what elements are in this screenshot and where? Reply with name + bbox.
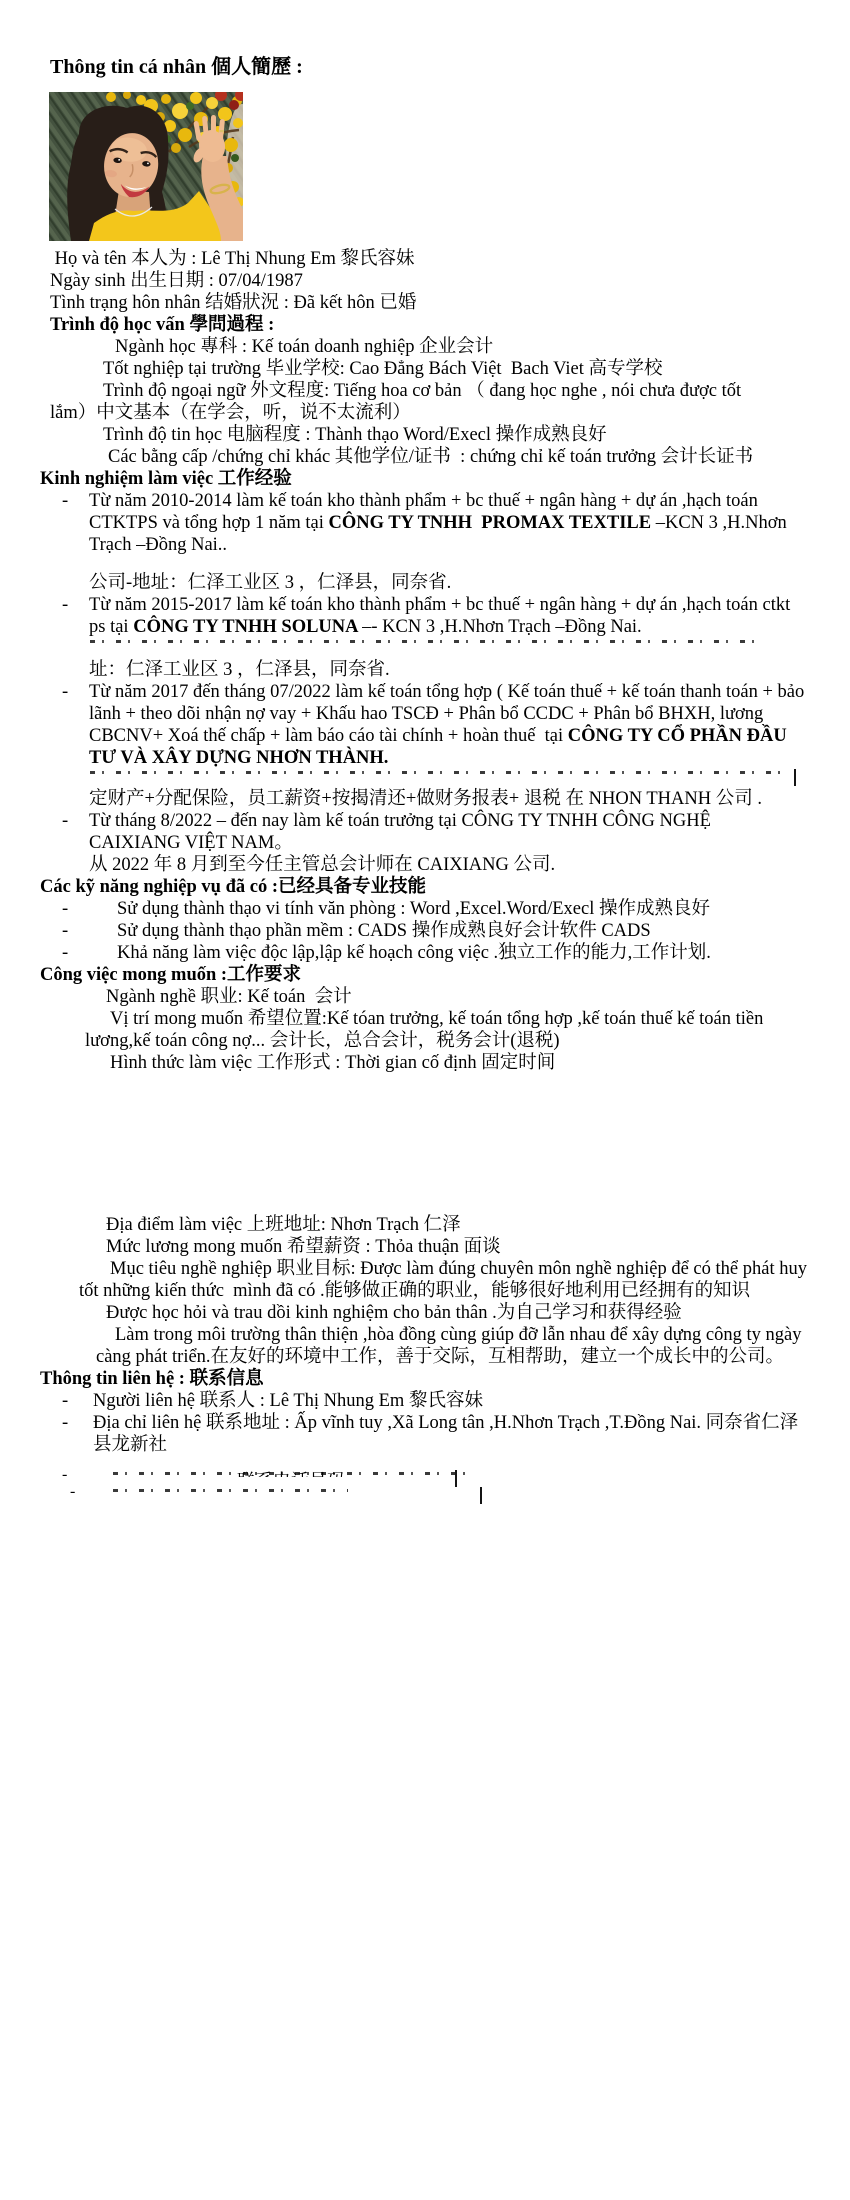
text-run: Địa chỉ liên hệ 联系地址 : Ấp vĩnh tuy ,Xã L… xyxy=(93,1413,798,1433)
text-run: Họ và tên 本人为 : Lê Thị Nhung Em 黎氏容妹 xyxy=(50,249,414,269)
line-foreign-language-1: Trình độ ngoại ngữ 外文程度: Tiếng hoa cơ bả… xyxy=(0,380,850,402)
line-certificates: Các bằng cấp /chứng chỉ khác 其他学位/证书 : c… xyxy=(0,446,850,468)
line-full-name: Họ và tên 本人为 : Lê Thị Nhung Em 黎氏容妹 xyxy=(0,248,850,270)
line-environment-1: Làm trong môi trường thân thiện ,hòa đồn… xyxy=(0,1324,850,1346)
line-school: Tốt nghiệp tại trường 毕业学校: Cao Đẳng Bác… xyxy=(0,358,850,380)
text-run: tốt những kiến thức mình đã có .能够做正确的职业… xyxy=(79,1281,750,1301)
text-run: Từ năm 2017 đến tháng 07/2022 làm kế toá… xyxy=(89,682,804,702)
text-run: càng phát triển.在友好的环境中工作，善于交际，互相帮助，建立一个… xyxy=(96,1347,784,1367)
text-run-bold: Kinh nghiệm làm việc 工作经验 xyxy=(40,469,292,489)
bullet-dash: - xyxy=(62,490,68,512)
blank-space xyxy=(0,1456,850,1470)
section-skills: Các kỹ năng nghiệp vụ đã có :已经具备专业技能 xyxy=(0,876,850,898)
bullet-dash: - xyxy=(62,920,68,942)
line-work-location: Địa điểm làm việc 上班地址: Nhơn Trạch 仁泽 xyxy=(0,1214,850,1236)
section-contact: Thông tin liên hệ : 联系信息 xyxy=(0,1368,850,1390)
text-run: Làm trong môi trường thân thiện ,hòa đồn… xyxy=(115,1325,801,1345)
text-run: –- KCN 3 ,H.Nhơn Trạch –Đồng Nai. xyxy=(362,617,642,637)
text-run: 定财产+分配保险，员工薪资+按揭清还+做财务报表+ 退税 在 NHON THAN… xyxy=(89,789,762,809)
text-run-bold: Trình độ học vấn 學問過程 : xyxy=(50,315,274,335)
job4-translation-cn: 从 2022 年 8 月到至今任主管总会计师在 CAIXIANG 公司. xyxy=(0,854,850,876)
text-run: Vị trí mong muốn 希望位置:Kế tóan trưởng, kế… xyxy=(110,1009,763,1029)
line-work-type: Hình thức làm việc 工作形式 : Thời gian cố đ… xyxy=(0,1052,850,1074)
line-desired-position-1: Vị trí mong muốn 希望位置:Kế tóan trưởng, kế… xyxy=(0,1008,850,1030)
text-run: 址：仁泽工业区 3 ，仁泽县，同奈省. xyxy=(89,660,390,680)
page-title: Thông tin cá nhân 個人簡歷 : xyxy=(50,50,850,79)
text-run-bold: Thông tin liên hệ : 联系信息 xyxy=(40,1369,264,1389)
bullet-dash: - xyxy=(62,681,68,703)
redacted-text-fragment: 联系电话号码 xyxy=(237,1470,357,1477)
line-desired-position-2: lương,kế toán công nợ... 会计长，总合会计，税务会计(退… xyxy=(0,1030,850,1052)
text-run: lương,kế toán công nợ... 会计长，总合会计，税务会计(退… xyxy=(85,1031,560,1051)
job3-line1: -Từ năm 2017 đến tháng 07/2022 làm kế to… xyxy=(0,681,850,703)
line-desired-field: Ngành nghề 职业: Kế toán 会计 xyxy=(0,986,850,1008)
line-major: Ngành học 專科 : Kế toán doanh nghiệp 企业会计 xyxy=(0,336,850,358)
bullet-dash: - xyxy=(62,810,68,832)
redacted-text-remnants xyxy=(90,640,762,643)
line-environment-2: càng phát triển.在友好的环境中工作，善于交际，互相帮助，建立一个… xyxy=(0,1346,850,1368)
text-run-bold: Các kỹ năng nghiệp vụ đã có :已经具备专业技能 xyxy=(40,877,426,897)
job4-line1: -Từ tháng 8/2022 – đến nay làm kế toán t… xyxy=(0,810,850,832)
section-experience: Kinh nghiệm làm việc 工作经验 xyxy=(0,468,850,490)
blank-space xyxy=(0,649,850,659)
text-run-bold: CÔNG TY TNHH PROMAX TEXTILE xyxy=(328,513,655,533)
skill-3: -Khả năng làm việc độc lập,lập kế hoạch … xyxy=(0,942,850,964)
line-dob: Ngày sinh 出生日期 : 07/04/1987 xyxy=(0,270,850,292)
job2-line2: ps tại CÔNG TY TNHH SOLUNA –- KCN 3 ,H.N… xyxy=(0,616,850,638)
section-desired-job: Công việc mong muốn :工作要求 xyxy=(0,964,850,986)
job3-line4: TƯ VÀ XÂY DỰNG NHƠN THÀNH. xyxy=(0,747,850,769)
redacted-contact-phone: -联系电话号码 xyxy=(0,1470,850,1481)
text-run: Trạch –Đồng Nai.. xyxy=(89,535,227,555)
redacted-fragment-text: 联系电话号码 xyxy=(237,1470,357,1477)
bullet-dash: - xyxy=(70,1483,75,1501)
text-run: Khả năng làm việc độc lập,lập kế hoạch c… xyxy=(117,943,711,963)
text-run-bold: CÔNG TY TNHH SOLUNA xyxy=(133,617,362,637)
redacted-line-1 xyxy=(0,638,850,649)
section-education: Trình độ học vấn 學問過程 : xyxy=(0,314,850,336)
blank-space xyxy=(0,556,850,572)
bullet-dash: - xyxy=(62,1390,68,1412)
text-run: Hình thức làm việc 工作形式 : Thời gian cố đ… xyxy=(110,1053,555,1073)
bullet-dash: - xyxy=(62,1412,68,1434)
text-cursor-artifact xyxy=(794,769,796,786)
job2-line1: -Từ năm 2015-2017 làm kế toán kho thành … xyxy=(0,594,850,616)
photo-ring xyxy=(220,130,225,132)
text-run: Từ năm 2010-2014 làm kế toán kho thành p… xyxy=(89,491,758,511)
line-marital-status: Tình trạng hôn nhân 结婚狀況 : Đã kết hôn 已婚 xyxy=(0,292,850,314)
text-run: Tốt nghiệp tại trường 毕业学校: Cao Đẳng Bác… xyxy=(103,359,663,379)
cv-document-page: Thông tin cá nhân 個人簡歷 : xyxy=(0,0,850,2200)
text-run: Từ tháng 8/2022 – đến nay làm kế toán tr… xyxy=(89,811,711,831)
job1-line3: Trạch –Đồng Nai.. xyxy=(0,534,850,556)
job1-line1: -Từ năm 2010-2014 làm kế toán kho thành … xyxy=(0,490,850,512)
job1-line2: CTKTPS và tổng hợp 1 năm tại CÔNG TY TNH… xyxy=(0,512,850,534)
text-cursor-artifact xyxy=(480,1487,482,1504)
text-run: Các bằng cấp /chứng chỉ khác 其他学位/证书 : c… xyxy=(108,447,753,467)
text-run: lắm）中文基本（在学会，听，说不太流利） xyxy=(50,403,411,423)
line-career-objective-1: Mục tiêu nghề nghiệp 职业目标: Được làm đúng… xyxy=(0,1258,850,1280)
redacted-text-remnants xyxy=(90,771,790,774)
text-run: Địa điểm làm việc 上班地址: Nhơn Trạch 仁泽 xyxy=(106,1215,461,1235)
job2-address-cn: 址：仁泽工业区 3 ，仁泽县，同奈省. xyxy=(0,659,850,681)
text-run: Mức lương mong muốn 希望薪资 : Thỏa thuận 面谈 xyxy=(106,1237,501,1257)
job3-line3: CBCNV+ Xoá thế chấp + làm báo cáo tài ch… xyxy=(0,725,850,747)
text-run: Sử dụng thành thạo phần mềm : CADS 操作成熟良… xyxy=(117,921,651,941)
redacted-contact-extra: - xyxy=(0,1487,850,1498)
blank-space xyxy=(0,1074,850,1214)
bullet-dash: - xyxy=(62,942,68,964)
text-run: Sử dụng thành thạo vi tính văn phòng : W… xyxy=(117,899,710,919)
job3-translation-cn: 定财产+分配保险，员工薪资+按揭清还+做财务报表+ 退税 在 NHON THAN… xyxy=(0,788,850,810)
text-run: Trình độ ngoại ngữ 外文程度: Tiếng hoa cơ bả… xyxy=(103,381,741,401)
text-run: CAIXIANG VIỆT NAM。 xyxy=(89,833,293,853)
job1-address-cn: 公司-地址：仁泽工业区 3 ，仁泽县，同奈省. xyxy=(0,572,850,594)
line-contact-person: -Người liên hệ 联系人 : Lê Thị Nhung Em 黎氏容… xyxy=(0,1390,850,1412)
text-run-bold: Công việc mong muốn :工作要求 xyxy=(40,965,301,985)
blank-space xyxy=(0,780,850,788)
bullet-dash: - xyxy=(62,898,68,920)
redacted-line-2 xyxy=(0,769,850,780)
text-run: 公司-地址：仁泽工业区 3 ，仁泽县，同奈省. xyxy=(89,573,451,593)
text-run: ps tại xyxy=(89,617,133,637)
text-cursor-artifact xyxy=(455,1470,457,1487)
text-run: –KCN 3 ,H.Nhơn xyxy=(656,513,787,533)
job4-line2: CAIXIANG VIỆT NAM。 xyxy=(0,832,850,854)
line-career-objective-3: Được học hỏi và trau dồi kinh nghiệm cho… xyxy=(0,1302,850,1324)
document-body: Họ và tên 本人为 : Lê Thị Nhung Em 黎氏容妹Ngày… xyxy=(0,248,850,1498)
line-computer-skill: Trình độ tin học 电脑程度 : Thành thạo Word/… xyxy=(0,424,850,446)
text-run: Ngành nghề 职业: Kế toán 会计 xyxy=(106,987,352,1007)
line-contact-address-2: 县龙新社 xyxy=(0,1434,850,1456)
text-run: Người liên hệ 联系人 : Lê Thị Nhung Em 黎氏容妹 xyxy=(93,1391,483,1411)
redacted-text-remnants xyxy=(113,1489,348,1492)
profile-photo xyxy=(49,92,243,241)
line-career-objective-2: tốt những kiến thức mình đã có .能够做正确的职业… xyxy=(0,1280,850,1302)
text-run-bold: CÔNG TY CỔ PHẦN ĐẦU xyxy=(568,726,787,746)
line-foreign-language-2: lắm）中文基本（在学会，听，说不太流利） xyxy=(0,402,850,424)
text-run: 从 2022 年 8 月到至今任主管总会计师在 CAIXIANG 公司. xyxy=(89,855,555,875)
text-run: Mục tiêu nghề nghiệp 职业目标: Được làm đúng… xyxy=(110,1259,807,1279)
job3-line2: lãnh + theo dõi nhận nợ vay + Khấu hao T… xyxy=(0,703,850,725)
text-run: CTKTPS và tổng hợp 1 năm tại xyxy=(89,513,328,533)
bullet-dash: - xyxy=(62,1466,67,1484)
text-run: Tình trạng hôn nhân 结婚狀況 : Đã kết hôn 已婚 xyxy=(50,293,416,313)
text-run: lãnh + theo dõi nhận nợ vay + Khấu hao T… xyxy=(89,704,763,724)
text-run: Từ năm 2015-2017 làm kế toán kho thành p… xyxy=(89,595,790,615)
text-run: Trình độ tin học 电脑程度 : Thành thạo Word/… xyxy=(103,425,607,445)
bullet-dash: - xyxy=(62,594,68,616)
text-run-bold: TƯ VÀ XÂY DỰNG NHƠN THÀNH. xyxy=(89,748,388,768)
line-salary: Mức lương mong muốn 希望薪资 : Thỏa thuận 面谈 xyxy=(0,1236,850,1258)
text-run: Ngày sinh 出生日期 : 07/04/1987 xyxy=(50,271,303,291)
text-run: Ngành học 專科 : Kế toán doanh nghiệp 企业会计 xyxy=(115,337,493,357)
line-contact-address-1: -Địa chỉ liên hệ 联系地址 : Ấp vĩnh tuy ,Xã … xyxy=(0,1412,850,1434)
text-run: CBCNV+ Xoá thế chấp + làm báo cáo tài ch… xyxy=(89,726,568,746)
skill-2: -Sử dụng thành thạo phần mềm : CADS 操作成熟… xyxy=(0,920,850,942)
text-run: Được học hỏi và trau dồi kinh nghiệm cho… xyxy=(106,1303,682,1323)
skill-1: -Sử dụng thành thạo vi tính văn phòng : … xyxy=(0,898,850,920)
text-run: 县龙新社 xyxy=(93,1435,167,1455)
